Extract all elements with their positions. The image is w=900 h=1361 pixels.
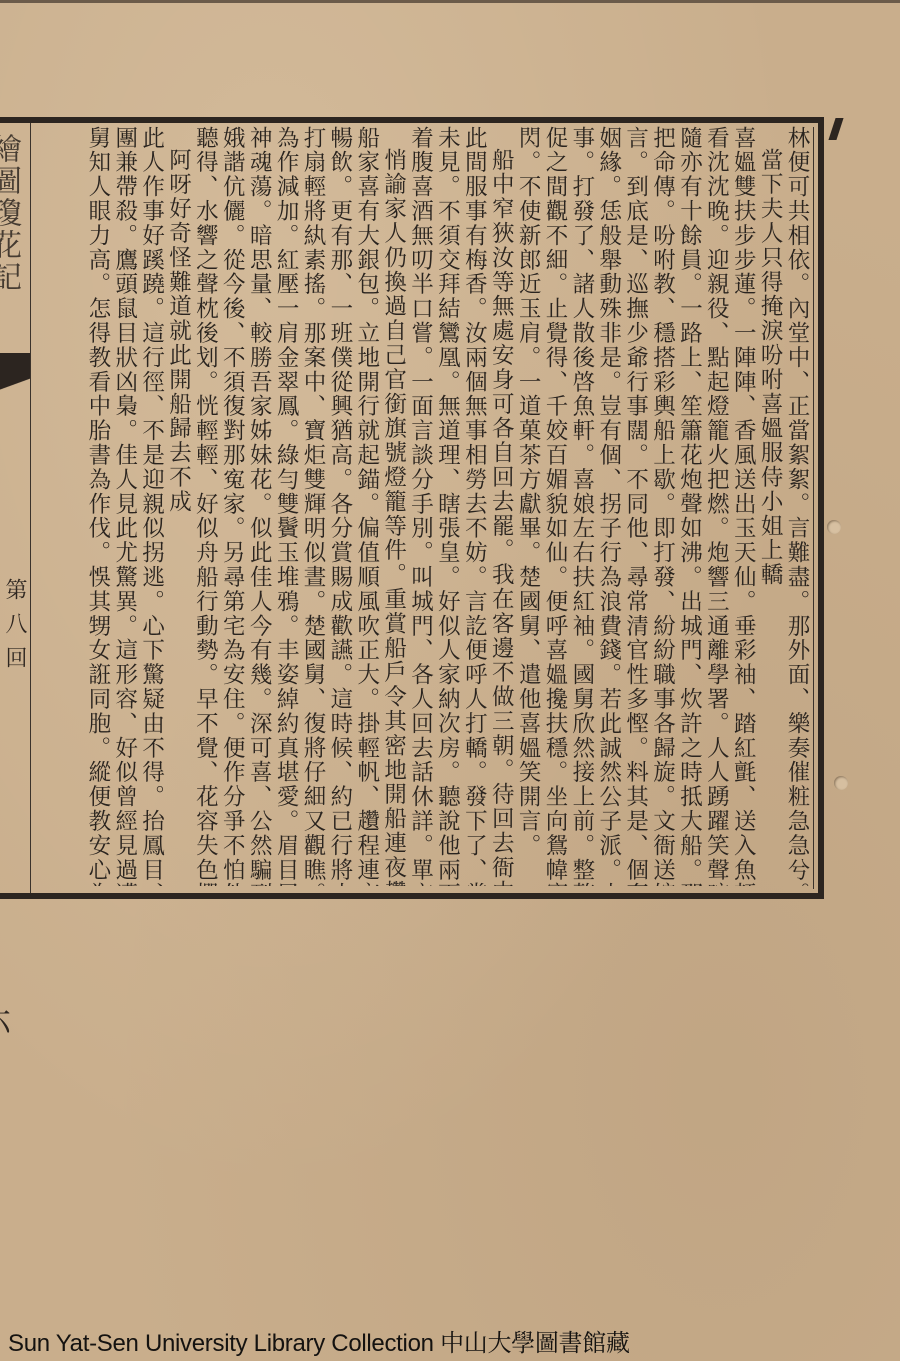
text-column: 船家喜有大銀包。立地開行就起錨。偏值順風吹正大。掛輕帆、趲程連夜去滔滔。喜筵數席… [353, 126, 380, 886]
text-column: 此人作事好蹊蹺。這行徑、不是迎親似拐逃。心下驚疑由不得。抬鳳目、暗將新婿一觀瞧。… [138, 126, 165, 886]
text-column: 悄諭家人仍換過自己官銜旗號燈籠等件。重賞船戶令其密地開船連夜趲行前去不可遲慢 [380, 126, 407, 886]
text-column: 為作減加。紅壓一肩金翠鳳。綠勻雙鬢玉堆鴉。丰姿綽約真堪愛。眉目風流果足誇。神彩融… [272, 126, 299, 886]
text-column: 着腹喜酒無叨半口嘗。一面言談分手別。叫城門、各人回去話休詳。單言船上奸雄子。打發… [407, 126, 434, 886]
fishtail-ornament-icon [0, 353, 30, 408]
binding-mark [828, 118, 843, 140]
text-column: 促之間觀不細。止覺得、千姣百媚貌如仙。便呼喜媼攙扶穩。坐向鴛幃寶榻邊。自己捱身方… [541, 126, 568, 886]
text-column: 喜媼雙扶步步蓮。一陣陣、香風送出玉天仙。垂彩袖、踏紅氈、送入魚軒放繡簾。哭倒內堂… [729, 126, 756, 886]
text-column: 姻緣。恁般舉動殊非是。豈有個、拐子行為浪費錢。若此誠然公子派。少停歸告釋疑端。於… [595, 126, 622, 886]
text-column: 言。到底是、巡撫少爺行事闊。不同他、尋常清官性多慳。料其是、個奢豪客。故所以、不… [622, 126, 649, 886]
binding-hole [827, 520, 841, 534]
text-column: 打扇輕將紈素搖。那案中、寶炬雙輝明似晝。楚國舅、復將仔細又觀瞧。但見那、色映燈光… [299, 126, 326, 886]
text-column: 閃。不使新郎近玉肩。一道菓茶方獻畢。楚國舅、遣他喜媼笑開言。 [514, 126, 541, 886]
collection-caption: Sun Yat-Sen University Library Collectio… [8, 1323, 630, 1358]
text-column: 事。打發了、諸人散後啓魚軒。喜娘左右扶紅袖。國舅欣然接上前。整整衣冠垂了袖。深深… [568, 126, 595, 886]
text-column: 當下夫人只得掩淚吩咐喜媼服侍小姐上轎 [756, 126, 783, 886]
frame-inner-rule [813, 127, 814, 889]
text-column: 隨亦有十餘員。一路上、笙簫花炮聲如沸。出城門、炊許之時抵大船。那皇親、正自惶惶焦… [676, 126, 703, 886]
book-title: 繪圖瓊花記 [0, 133, 18, 293]
text-column: 娥諧伉儷。從今後、不須復對那寃家。另尋第宅為安住。便作分爭不怕他。想到其中真得意… [218, 126, 245, 886]
main-text-body: 林便可共相依。內堂中、正當絮絮。言難盡。那外面、樂奏催粧急急兮。詩賦已看三遍。請… [34, 126, 810, 886]
text-column: 未見。不須交拜結鸞凰。無道理、瞎張皇。好似人家納次房。聽說他兩下都皆官不小。為什… [434, 126, 461, 886]
text-column: 看沈沈晚。迎親役、點起燈籠火把燃。炮響三通離學署。人人踴躍笑聲喧。暗房兩個丫鬟女… [702, 126, 729, 886]
text-column: 林便可共相依。內堂中、正當絮絮。言難盡。那外面、樂奏催粧急急兮。詩賦已看三遍。請… [783, 126, 810, 886]
text-column: 舅知人眼力高。怎得教看中胎書為作伐。悞其甥女誑同胞。縱便教安心為顧私親重。也須防… [84, 126, 111, 886]
text-column: 團兼帶殺。鷹頭鼠目狀凶梟。佳人見此尤驚異。這形容、好似曾經見過遭。額目十分多面善… [111, 126, 138, 886]
caption-cjk: 中山大學圖書館藏 [440, 1329, 630, 1357]
text-column: 神魂蕩。暗思量、較勝吾家姊妹花。似此佳人今有幾。深可喜、公然騙到美嬌娃。趁良宵、… [245, 126, 272, 886]
spine-margin: 繪圖瓊花記 第八回 六 [0, 123, 31, 893]
text-column: 聽得、水響之聲枕後划。恍輕輕、好似舟船行動勢。早不覺、花容失色懼還加。 [192, 126, 219, 886]
caption-latin: Sun Yat-Sen University Library Collectio… [8, 1330, 434, 1357]
text-column: 阿呀好奇怪難道就此開船歸去不成 [165, 126, 192, 886]
text-column: 暢飲。更有那、一班僕從興猶高。各分賞賜成歡讌。這時候、約已行將十里遙。再表風流行… [326, 126, 353, 886]
binding-hole [834, 776, 848, 790]
text-column: 此間服事有梅香。汝兩個無事相勞去不妨。言訖便呼人打轎。發下了、賞封令彼返門牆。當… [460, 126, 487, 886]
text-column: 把命傳。吩咐教、穩搭彩輿船上歇。即打發、紛紛職事各歸旋。文衙送嫁諸人役。重賞花銀… [649, 126, 676, 886]
scanned-book-page: 繪圖瓊花記 第八回 六 林便可共相依。內堂中、正當絮絮。言難盡。那外面、樂奏催粧… [0, 0, 900, 1361]
page-number: 六 [0, 1003, 16, 1035]
text-column: 船中窄狹汝等無處安身可各自回去罷。我在客邊不做三朝。待回去衙中方纔行禮。此刻無事… [487, 126, 514, 886]
chapter-label: 第八回 [0, 578, 28, 680]
page-top-edge [0, 0, 900, 3]
